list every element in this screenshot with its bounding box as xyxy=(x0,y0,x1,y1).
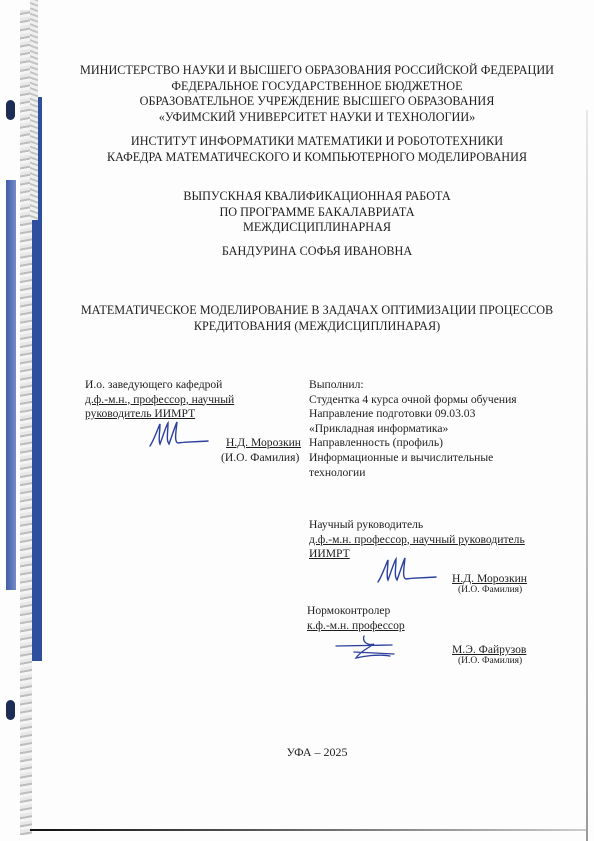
supervisor-name: Н.Д. Морозкин xyxy=(452,572,527,585)
head-role: И.о. заведующего кафедрой xyxy=(85,378,234,393)
thesis-title: МАТЕМАТИЧЕСКОЕ МОДЕЛИРОВАНИЕ В ЗАДАЧАХ О… xyxy=(40,303,594,334)
supervisor-degree-line: д.ф.-м.н. профессор, научный руководител… xyxy=(309,533,525,548)
supervisor-signature-icon xyxy=(374,554,446,586)
head-signature-icon xyxy=(146,418,218,450)
punch-hole-icon xyxy=(6,700,15,720)
performer-line: «Прикладная информатика» xyxy=(309,422,517,437)
ministry-header: МИНИСТЕРСТВО НАУКИ И ВЫСШЕГО ОБРАЗОВАНИЯ… xyxy=(40,63,594,125)
norm-controller-name: М.Э. Файрузов xyxy=(452,643,526,656)
work-type-line: ВЫПУСКНАЯ КВАЛИФИКАЦИОННАЯ РАБОТА xyxy=(40,189,594,205)
institute-name: ИНСТИТУТ ИНФОРМАТИКИ МАТЕМАТИКИ И РОБОТО… xyxy=(40,134,594,150)
norm-controller-degree-line: к.ф.-м.н. профессор xyxy=(307,619,405,634)
performer-line: технологии xyxy=(309,466,517,481)
city-year: УФА – 2025 xyxy=(40,745,594,760)
institute-header: ИНСТИТУТ ИНФОРМАТИКИ МАТЕМАТИКИ И РОБОТО… xyxy=(40,134,594,165)
ministry-line: ОБРАЗОВАТЕЛЬНОЕ УЧРЕЖДЕНИЕ ВЫСШЕГО ОБРАЗ… xyxy=(40,94,594,110)
norm-controller-block: Нормоконтролер к.ф.-м.н. профессор xyxy=(307,604,405,633)
head-degree-line: д.ф.-м.н., профессор, научный xyxy=(85,393,234,408)
head-of-department-block: И.о. заведующего кафедрой д.ф.-м.н., про… xyxy=(85,378,234,422)
work-type: ВЫПУСКНАЯ КВАЛИФИКАЦИОННАЯ РАБОТА ПО ПРО… xyxy=(40,189,594,236)
thesis-title-page: МИНИСТЕРСТВО НАУКИ И ВЫСШЕГО ОБРАЗОВАНИЯ… xyxy=(0,0,594,841)
performer-line: Выполнил: xyxy=(309,378,517,393)
performer-line: Информационные и вычислительные xyxy=(309,451,517,466)
work-type-line: ПО ПРОГРАММЕ БАКАЛАВРИАТА xyxy=(40,205,594,221)
ministry-line: МИНИСТЕРСТВО НАУКИ И ВЫСШЕГО ОБРАЗОВАНИЯ… xyxy=(40,63,594,79)
supervisor-name-caption: (И.О. Фамилия) xyxy=(458,585,522,595)
university-name: «УФИМСКИЙ УНИВЕРСИТЕТ НАУКИ И ТЕХНОЛОГИИ… xyxy=(40,110,594,126)
work-type-line: МЕЖДИСЦИПЛИНАРНАЯ xyxy=(40,220,594,236)
thesis-title-line: КРЕДИТОВАНИЯ (МЕЖДИСЦИПЛИНАРАЯ) xyxy=(40,319,594,335)
binding-cover-edge xyxy=(6,180,16,590)
performer-line: Студентка 4 курса очной формы обучения xyxy=(309,393,517,408)
page-bottom-edge xyxy=(30,829,586,831)
head-name: Н.Д. Морозкин xyxy=(226,436,301,449)
head-name-caption: (И.О. Фамилия) xyxy=(221,451,299,464)
norm-controller-role: Нормоконтролер xyxy=(307,604,405,619)
performer-line: Направление подготовки 09.03.03 xyxy=(309,407,517,422)
supervisor-role: Научный руководитель xyxy=(309,518,525,533)
department-name: КАФЕДРА МАТЕМАТИЧЕСКОГО И КОМПЬЮТЕРНОГО … xyxy=(40,150,594,166)
author-name: БАНДУРИНА СОФЬЯ ИВАНОВНА xyxy=(40,244,594,260)
ministry-line: ФЕДЕРАЛЬНОЕ ГОСУДАРСТВЕННОЕ БЮДЖЕТНОЕ xyxy=(40,79,594,95)
performer-line: Направленность (профиль) xyxy=(309,436,517,451)
norm-controller-signature-icon xyxy=(334,634,406,664)
author-name-text: БАНДУРИНА СОФЬЯ ИВАНОВНА xyxy=(40,244,594,260)
performer-block: Выполнил: Студентка 4 курса очной формы … xyxy=(309,378,517,480)
thesis-title-line: МАТЕМАТИЧЕСКОЕ МОДЕЛИРОВАНИЕ В ЗАДАЧАХ О… xyxy=(40,303,594,319)
punch-hole-icon xyxy=(6,100,15,120)
norm-controller-name-caption: (И.О. Фамилия) xyxy=(458,656,522,666)
binding-cord-top xyxy=(30,0,38,220)
spiral-binding xyxy=(0,0,48,841)
